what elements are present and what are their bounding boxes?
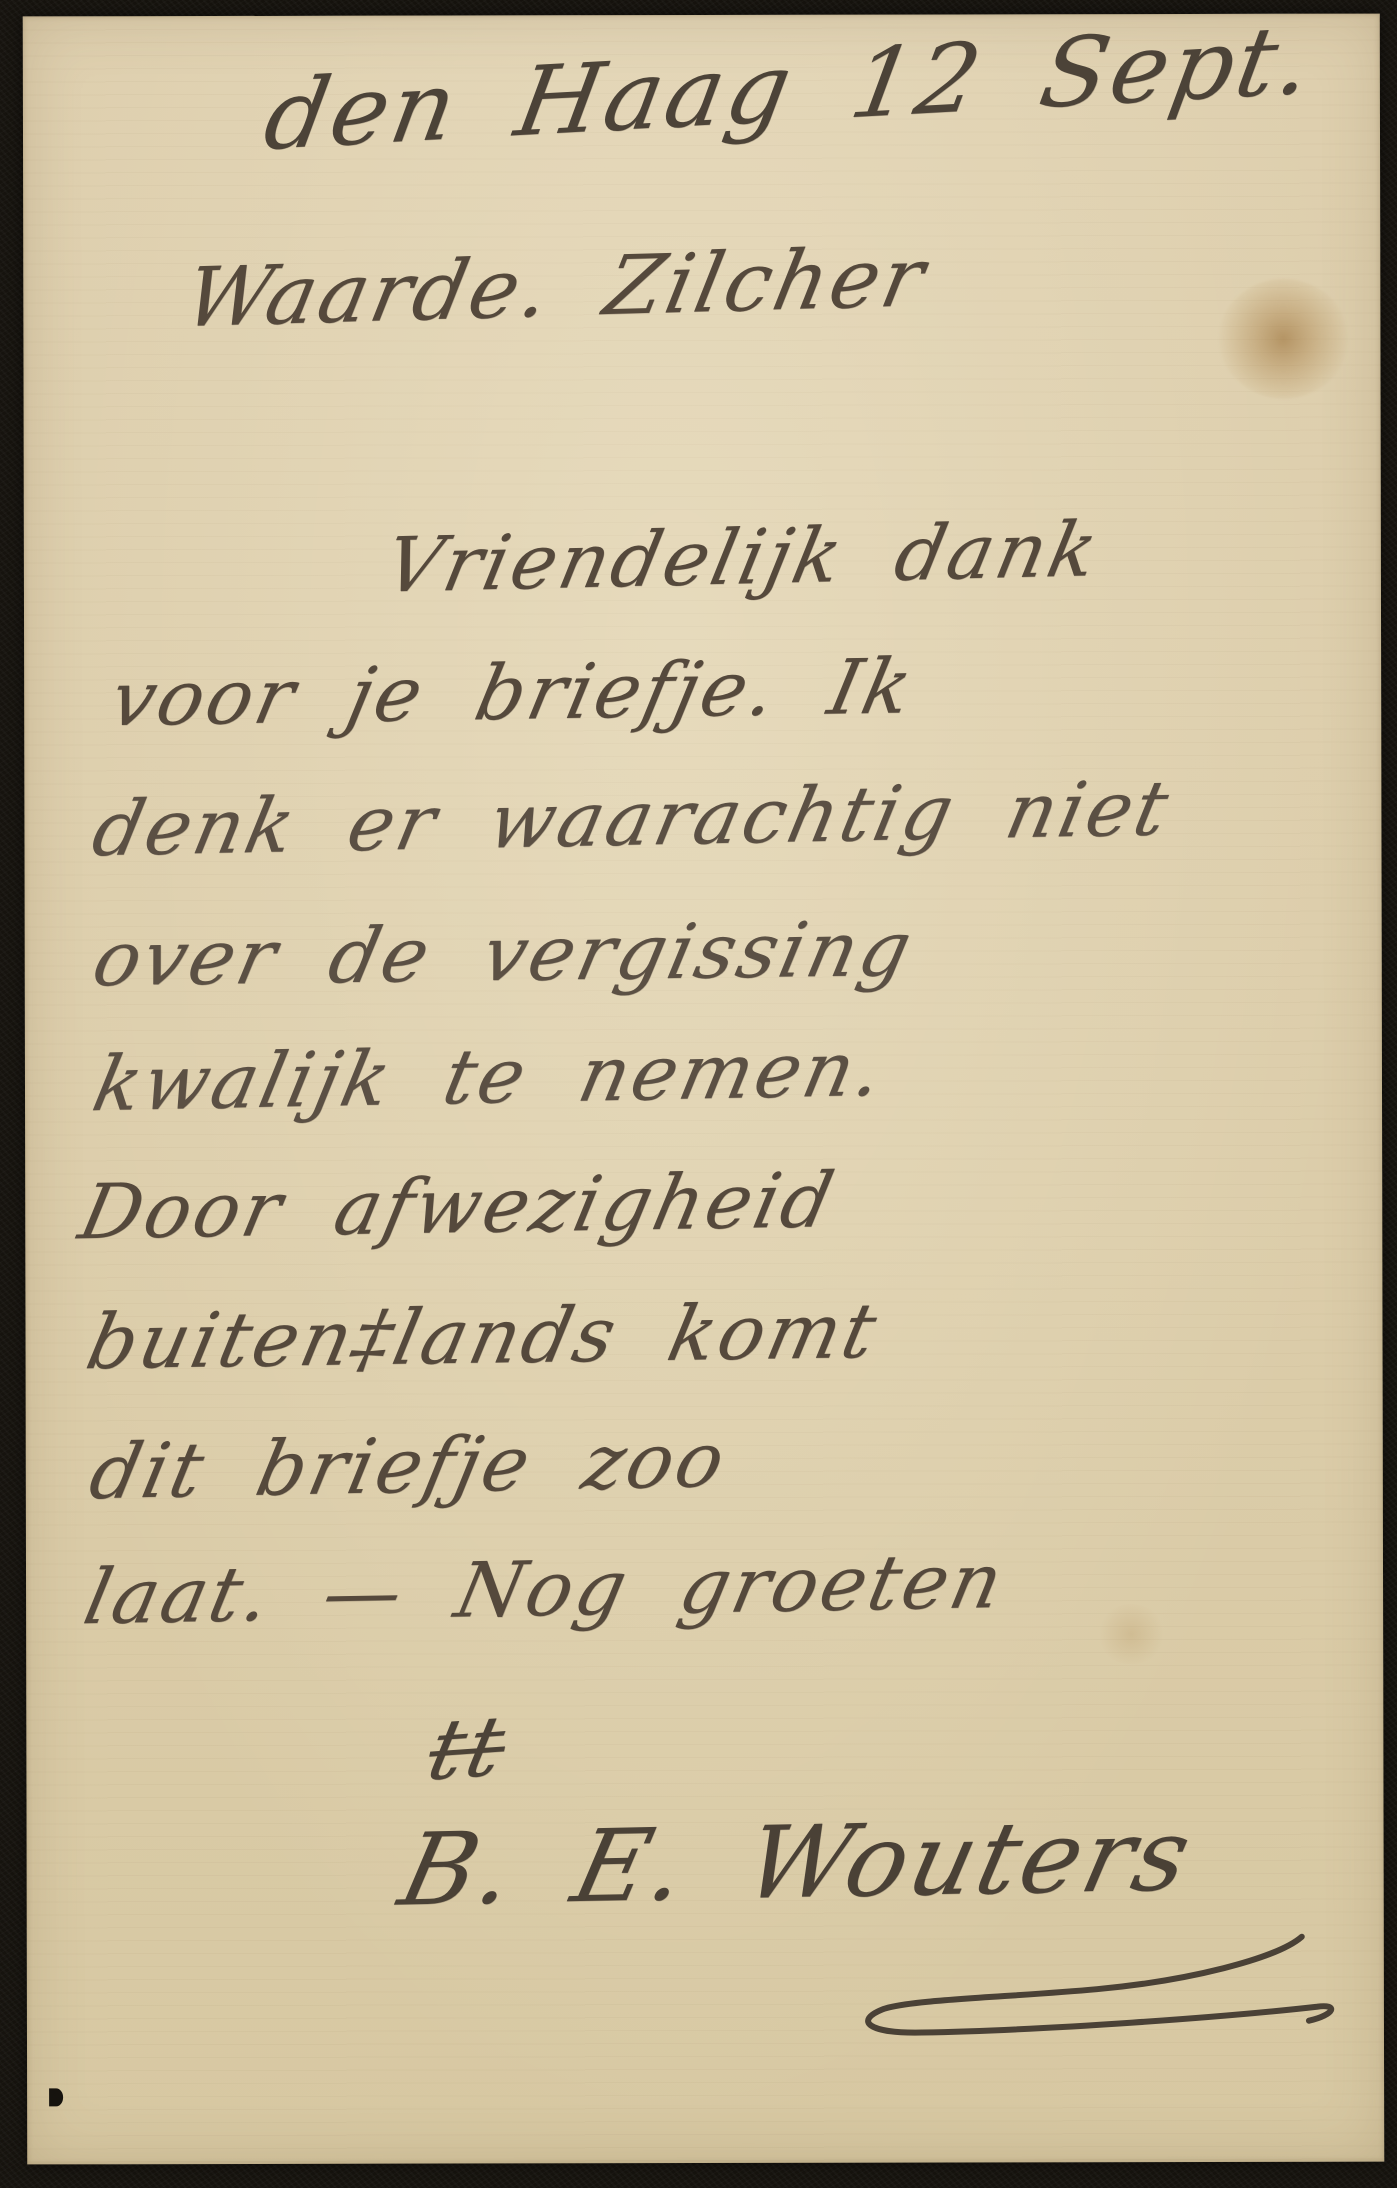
scan-background: den Haag 12 Sept. Waarde. Zilcher Vriend… [0, 0, 1397, 2188]
faint-stain [1096, 1604, 1166, 1664]
letter-paper: den Haag 12 Sept. Waarde. Zilcher Vriend… [23, 14, 1384, 2165]
body-line: kwalijk te nemen. [87, 1031, 892, 1122]
paper-edge-nick [49, 2088, 63, 2106]
body-line: buiten‡lands komt [81, 1293, 886, 1380]
signature-line: B. E. Wouters [392, 1805, 1202, 1920]
struck-closing: tt [421, 1703, 514, 1792]
body-line: dit briefje zoo [84, 1422, 734, 1510]
body-line: Vriendelijk dank [379, 511, 1106, 603]
body-line: Door afwezigheid [73, 1162, 842, 1250]
body-line: denk er waarachtig niet [87, 770, 1178, 867]
body-line: laat. — Nog groeten [78, 1543, 1012, 1635]
signature-flourish [847, 1929, 1347, 2050]
body-line: voor je briefje. Ik [104, 648, 921, 737]
foxing-stain [1218, 279, 1348, 399]
body-line: over de vergissing [87, 911, 921, 997]
date-line: den Haag 12 Sept. [258, 12, 1321, 164]
greeting-line: Waarde. Zilcher [178, 237, 933, 340]
